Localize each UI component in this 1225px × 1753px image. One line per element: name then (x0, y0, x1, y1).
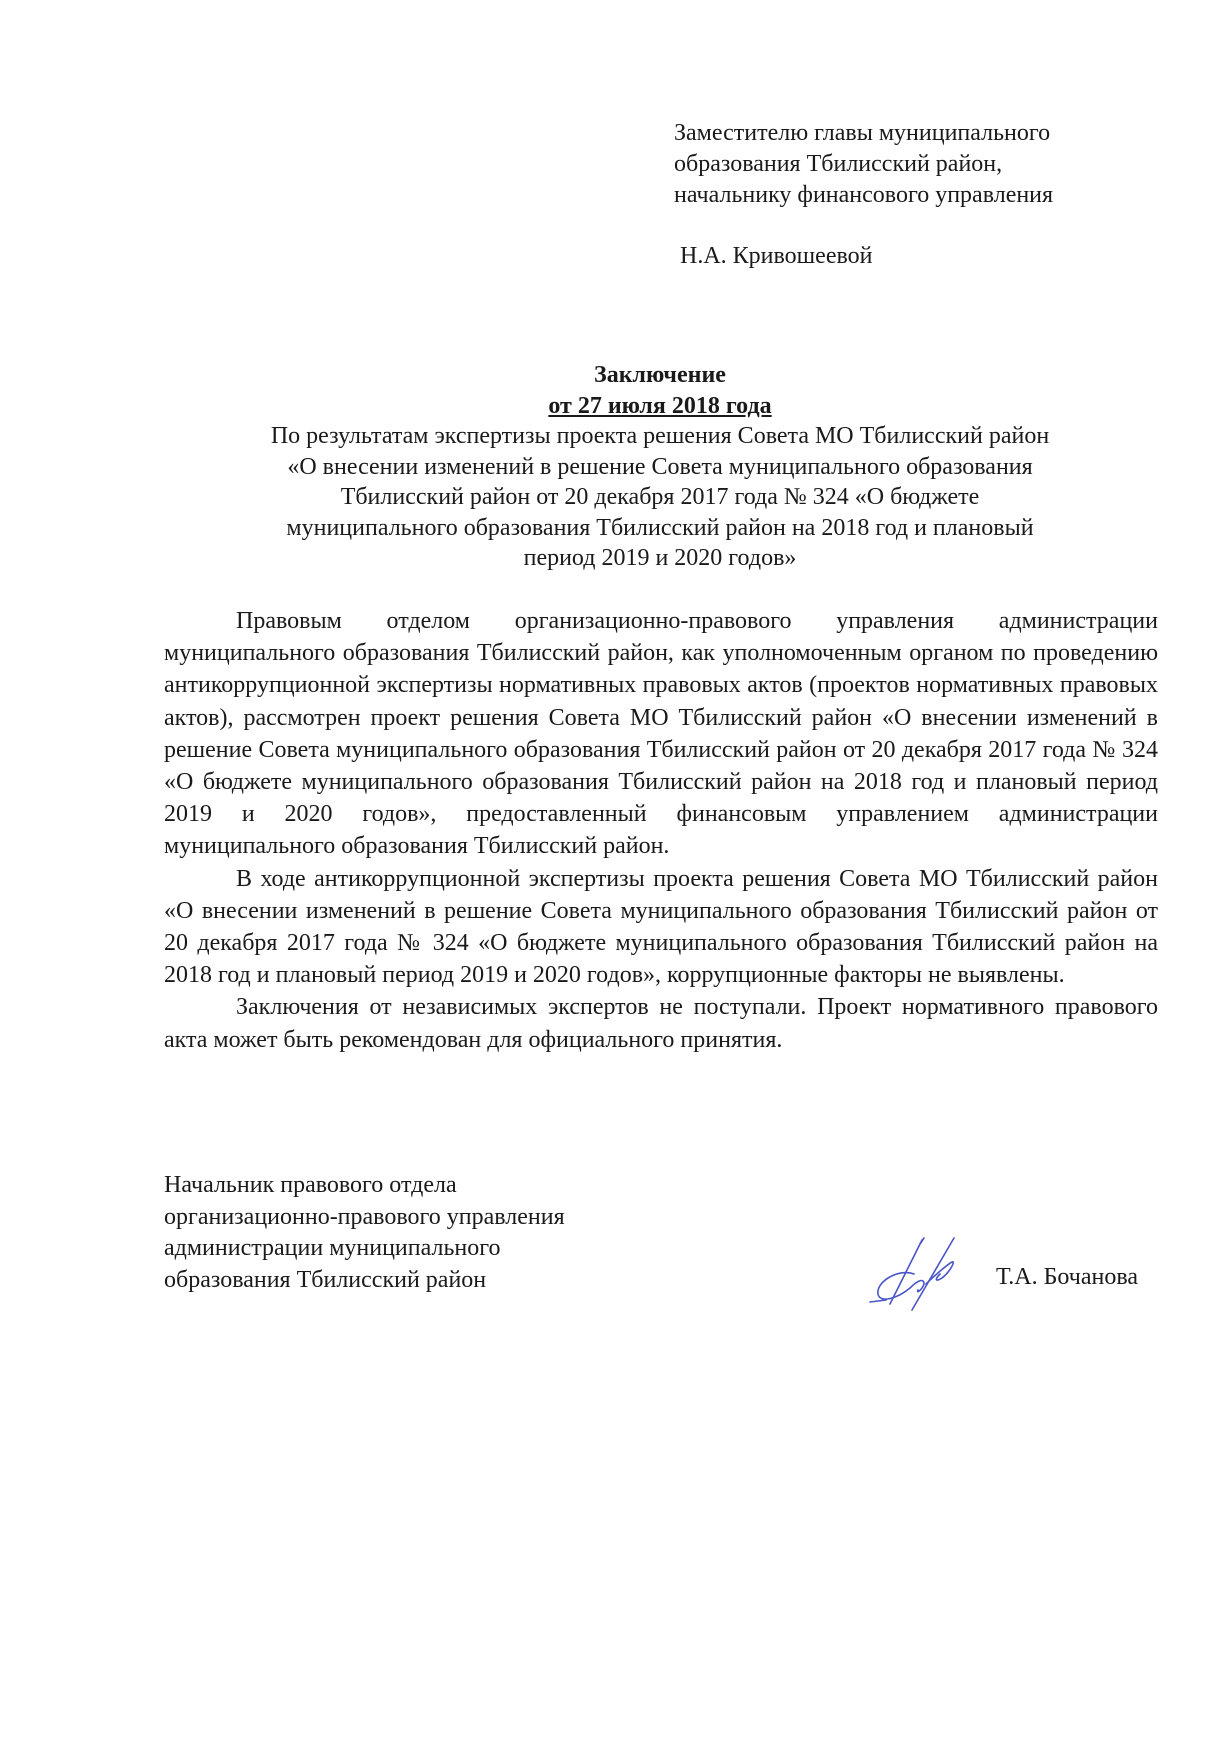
body-paragraph: В ходе антикоррупционной экспертизы прое… (164, 863, 1158, 992)
subject-line: Тбилисский район от 20 декабря 2017 года… (160, 482, 1160, 513)
position-line: организационно-правового управления (164, 1202, 565, 1234)
document-header: Заключение от 27 июля 2018 года По резул… (160, 360, 1160, 574)
position-line: образования Тбилисский район (164, 1265, 565, 1297)
addressee-line: Заместителю главы муниципального (674, 118, 1053, 149)
signer-name: Т.А. Бочанова (996, 1264, 1138, 1291)
subject-line: период 2019 и 2020 годов» (160, 543, 1160, 574)
subject-line: «О внесении изменений в решение Совета м… (160, 452, 1160, 483)
document-title: Заключение (160, 360, 1160, 391)
subject-line: муниципального образования Тбилисский ра… (160, 513, 1160, 544)
addressee-line: образования Тбилисский район, (674, 149, 1053, 180)
handwritten-signature-icon (862, 1232, 972, 1312)
subject-line: По результатам экспертизы проекта решени… (160, 421, 1160, 452)
body-paragraph: Заключения от независимых экспертов не п… (164, 991, 1158, 1055)
position-line: Начальник правового отдела (164, 1170, 565, 1202)
addressee-name: Н.А. Кривошеевой (674, 241, 1053, 272)
document-body: Правовым отделом организационно-правовог… (164, 605, 1158, 1056)
document-date: от 27 июля 2018 года (548, 393, 771, 419)
addressee-block: Заместителю главы муниципального образов… (674, 118, 1053, 272)
position-line: администрации муниципального (164, 1233, 565, 1265)
body-paragraph: Правовым отделом организационно-правовог… (164, 605, 1158, 863)
addressee-line: начальнику финансового управления (674, 180, 1053, 211)
signer-position: Начальник правового отдела организационн… (164, 1170, 565, 1296)
